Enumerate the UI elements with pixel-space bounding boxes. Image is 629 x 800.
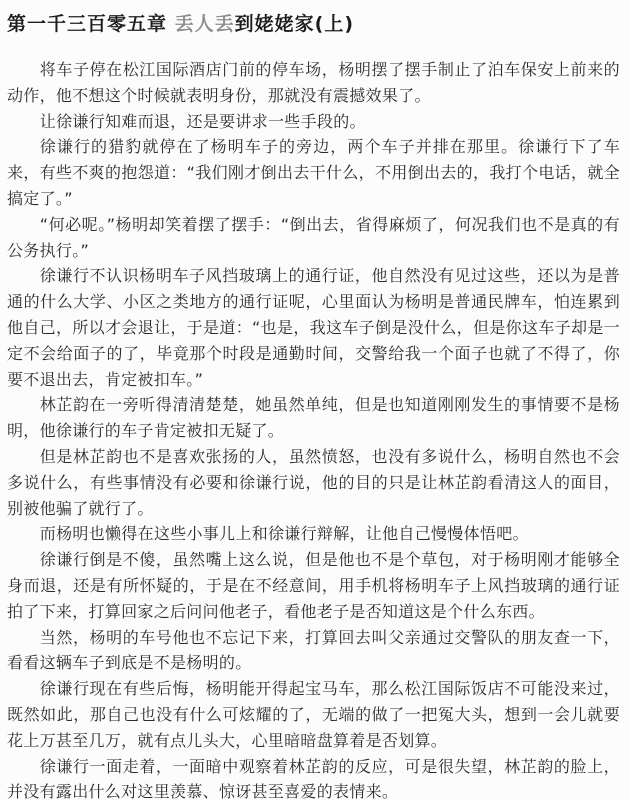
novel-page: 第一千三百零五章 丢人丢到姥姥家(上) 将车子停在松江国际酒店门前的停车场，杨明… [0, 0, 629, 800]
paragraph: 让徐谦行知难而退，还是要讲求一些手段的。 [7, 109, 620, 135]
paragraph: 林芷韵在一旁听得清清楚楚，她虽然单纯，但是也知道刚刚发生的事情要不是杨明，他徐谦… [7, 392, 620, 444]
paragraph: 徐谦行不认识杨明车子风挡玻璃上的通行证，他自然没有见过这些，还以为是普通的什么大… [7, 263, 620, 392]
chapter-body: 将车子停在松江国际酒店门前的停车场，杨明摆了摆手制止了泊车保安上前来的动作，他不… [7, 57, 620, 800]
chapter-number: 第一千三百零五章 [7, 13, 175, 35]
paragraph: 徐谦行现在有些后悔，杨明能开得起宝马车，那么松江国际饭店不可能没来过，既然如此，… [7, 676, 620, 753]
paragraph: 将车子停在松江国际酒店门前的停车场，杨明摆了摆手制止了泊车保安上前来的动作，他不… [7, 57, 620, 109]
chapter-title-rest: 到姥姥家(上) [235, 13, 354, 35]
paragraph: 而杨明也懒得在这些小事儿上和徐谦行辩解，让他自己慢慢体悟吧。 [7, 521, 620, 547]
paragraph: 徐谦行倒是不傻，虽然嘴上这么说，但是他也不是个草包，对于杨明刚才能够全身而退，还… [7, 547, 620, 624]
chapter-title-highlight: 丢人丢 [175, 13, 235, 35]
paragraph: 徐谦行的猎豹就停在了杨明车子的旁边，两个车子并排在那里。徐谦行下了车来，有些不爽… [7, 134, 620, 211]
chapter-title: 第一千三百零五章 丢人丢到姥姥家(上) [7, 12, 620, 36]
paragraph: 但是林芷韵也不是喜欢张扬的人，虽然愤怒，也没有多说什么，杨明自然也不会多说什么，… [7, 444, 620, 521]
paragraph: 徐谦行一面走着，一面暗中观察着林芷韵的反应，可是很失望，林芷韵的脸上，并没有露出… [7, 754, 620, 800]
paragraph: 当然，杨明的车号他也不忘记下来，打算回去叫父亲通过交警队的朋友查一下，看看这辆车… [7, 625, 620, 677]
paragraph: “何必呢。”杨明却笑着摆了摆手：“倒出去，省得麻烦了，何况我们也不是真的有公务执… [7, 212, 620, 264]
